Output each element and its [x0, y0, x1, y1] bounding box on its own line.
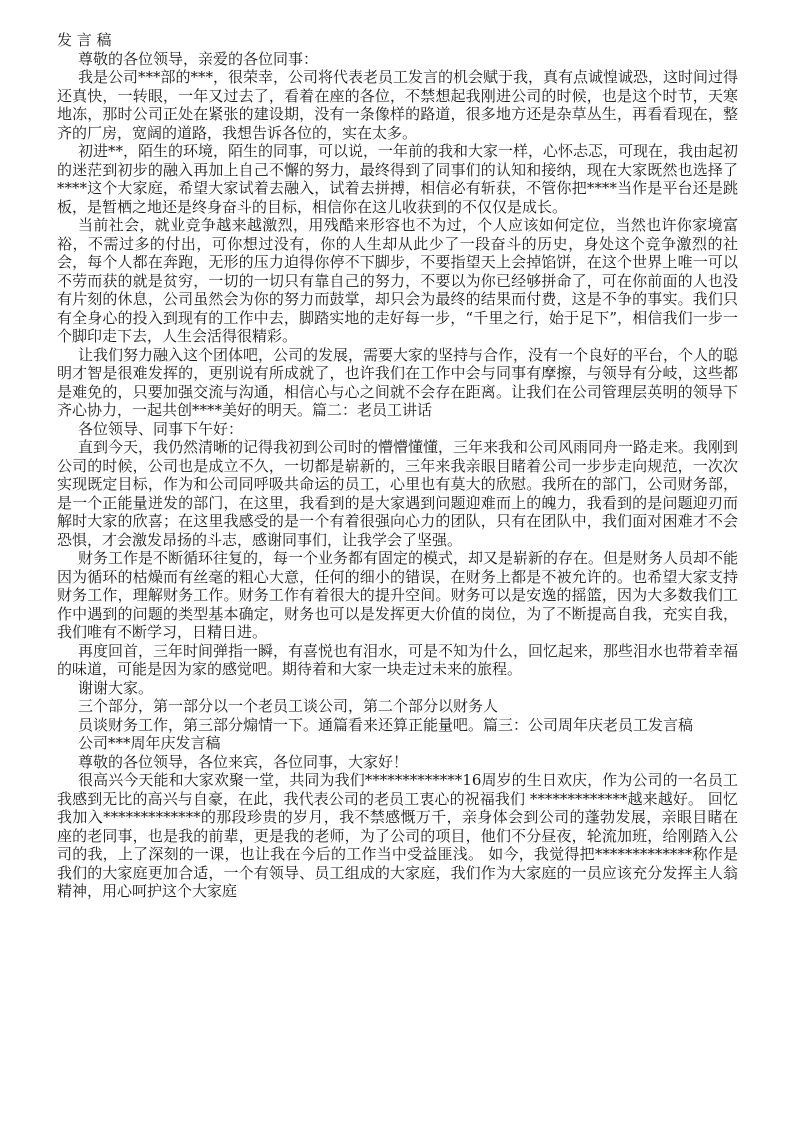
- paragraph: 公司***周年庆发言稿: [57, 734, 738, 753]
- paragraph: 当前社会，就业竞争越来越激烈，用残酷来形容也不为过，个人应该如何定位，当然也许你…: [57, 216, 738, 346]
- document-page: 发 言 稿 尊敬的各位领导，亲爱的各位同事： 我是公司***部的***，很荣幸，…: [0, 0, 794, 1123]
- paragraph: 我是公司***部的***，很荣幸，公司将代表老员工发言的机会赋于我，真有点诚惶诚…: [57, 68, 738, 142]
- paragraph: 再度回首，三年时间弹指一瞬，有喜悦也有泪水，可是不知为什么，回忆起来，那些泪水也…: [57, 642, 738, 679]
- paragraph: 员谈财务工作，第三部分煽情一下。通篇看来还算正能量吧。篇三：公司周年庆老员工发言…: [57, 716, 738, 735]
- paragraph: 初进**，陌生的环境，陌生的同事，可以说，一年前的我和大家一样，心怀忐忑，可现在…: [57, 142, 738, 216]
- paragraph: 财务工作是不断循环往复的，每一个业务都有固定的模式，却又是崭新的存在。但是财务人…: [57, 549, 738, 642]
- paragraph: 让我们努力融入这个团体吧，公司的发展，需要大家的坚持与合作，没有一个良好的平台，…: [57, 346, 738, 420]
- paragraph: 直到今天，我仍然清晰的记得我初到公司时的懵懵懂懂，三年来我和公司风雨同舟一路走来…: [57, 438, 738, 549]
- document-body: 尊敬的各位领导，亲爱的各位同事： 我是公司***部的***，很荣幸，公司将代表老…: [57, 50, 738, 901]
- paragraph: 各位领导、同事下午好：: [57, 420, 738, 439]
- paragraph: 三个部分，第一部分以一个老员工谈公司，第二个部分以财务人: [57, 697, 738, 716]
- paragraph: 尊敬的各位领导，亲爱的各位同事：: [57, 50, 738, 69]
- paragraph: 尊敬的各位领导，各位来宾，各位同事，大家好！: [57, 753, 738, 772]
- document-title: 发 言 稿: [57, 31, 738, 50]
- paragraph: 谢谢大家。: [57, 679, 738, 698]
- paragraph: 很高兴今天能和大家欢聚一堂，共同为我们*************16周岁的生日欢…: [57, 771, 738, 901]
